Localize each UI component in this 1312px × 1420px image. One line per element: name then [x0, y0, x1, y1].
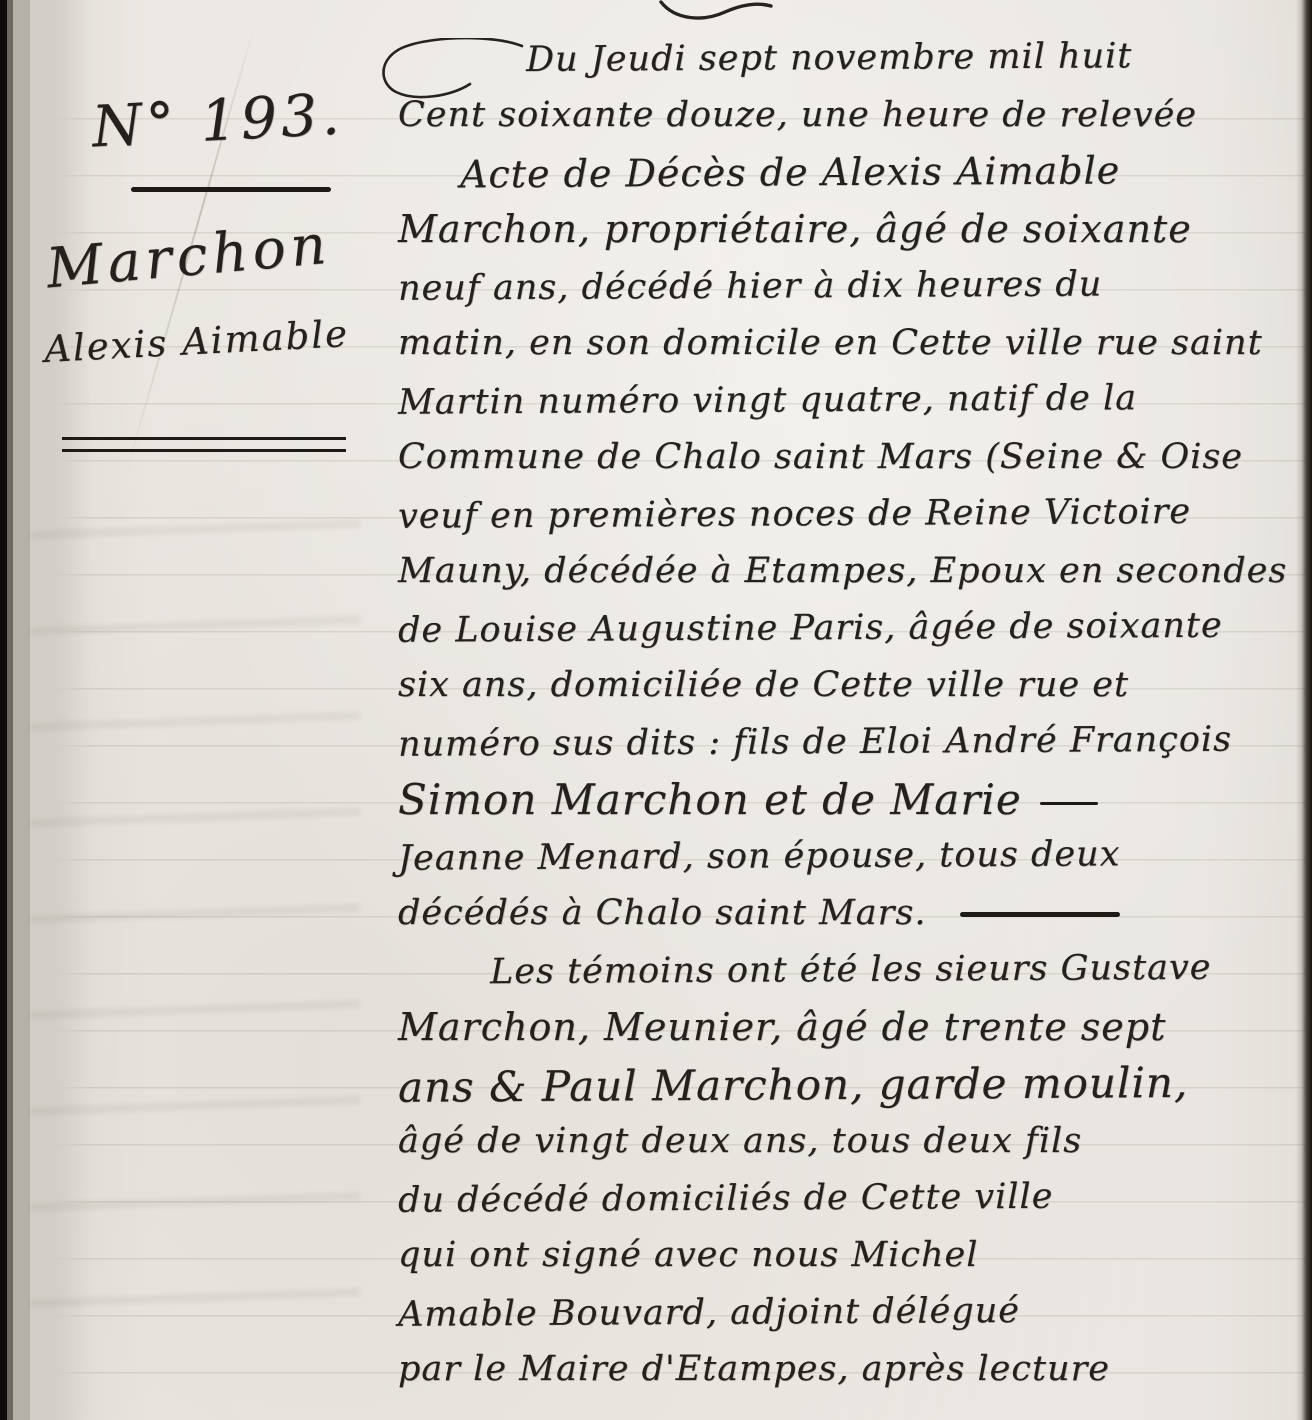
line-filler-dash [960, 912, 1120, 917]
margin-entry-number: N° 193. [90, 81, 345, 160]
body-line: Acte de Décès de Alexis Aimable [398, 141, 1304, 204]
act-body: Du Jeudi sept novembre mil huit Cent soi… [398, 30, 1304, 1398]
body-line: Commune de Chalo saint Mars (Seine & Ois… [398, 429, 1304, 486]
body-line: Amable Bouvard, adjoint délégué [398, 1281, 1304, 1344]
register-page-scan: N° 193. Marchon Alexis Aimable Du Jeudi … [0, 0, 1312, 1420]
body-line: ans & Paul Marchon, garde moulin, [398, 1053, 1304, 1116]
body-line: Mauny, décédée à Etampes, Epoux en secon… [398, 543, 1304, 600]
body-line: Cent soixante douze, une heure de relevé… [398, 87, 1304, 144]
body-line: Du Jeudi sept novembre mil huit [398, 27, 1304, 90]
body-line: neuf ans, décédé hier à dix heures du [398, 255, 1304, 318]
body-line: du décédé domiciliés de Cette ville [398, 1167, 1304, 1230]
body-line: Simon Marchon et de Marie [398, 771, 1304, 828]
body-line: par le Maire d'Etampes, après lecture [398, 1341, 1304, 1398]
body-line: qui ont signé avec nous Michel [398, 1227, 1304, 1284]
ink-bleedthrough [30, 520, 360, 1340]
body-line: six ans, domiciliée de Cette ville rue e… [398, 657, 1304, 714]
margin-double-underline [62, 437, 346, 452]
body-line: Marchon, Meunier, âgé de trente sept [398, 999, 1304, 1056]
body-line: Jeanne Menard, son épouse, tous deux [398, 825, 1304, 888]
body-line: veuf en premières noces de Reine Victoir… [398, 483, 1304, 546]
body-line: matin, en son domicile en Cette ville ru… [398, 315, 1304, 372]
body-line: numéro sus dits : fils de Eloi André Fra… [398, 711, 1304, 774]
body-line: Martin numéro vingt quatre, natif de la [398, 369, 1304, 432]
body-line: Marchon, propriétaire, âgé de soixante [398, 201, 1304, 258]
body-line: décédés à Chalo saint Mars. [398, 885, 1304, 942]
body-line: âgé de vingt deux ans, tous deux fils [398, 1113, 1304, 1170]
previous-entry-stroke-fragment [655, 0, 775, 22]
margin-underline [131, 187, 331, 192]
line-filler-dash [1040, 802, 1098, 805]
body-line: Les témoins ont été les sieurs Gustave [398, 939, 1304, 1002]
body-line: de Louise Augustine Paris, âgée de soixa… [398, 597, 1304, 660]
